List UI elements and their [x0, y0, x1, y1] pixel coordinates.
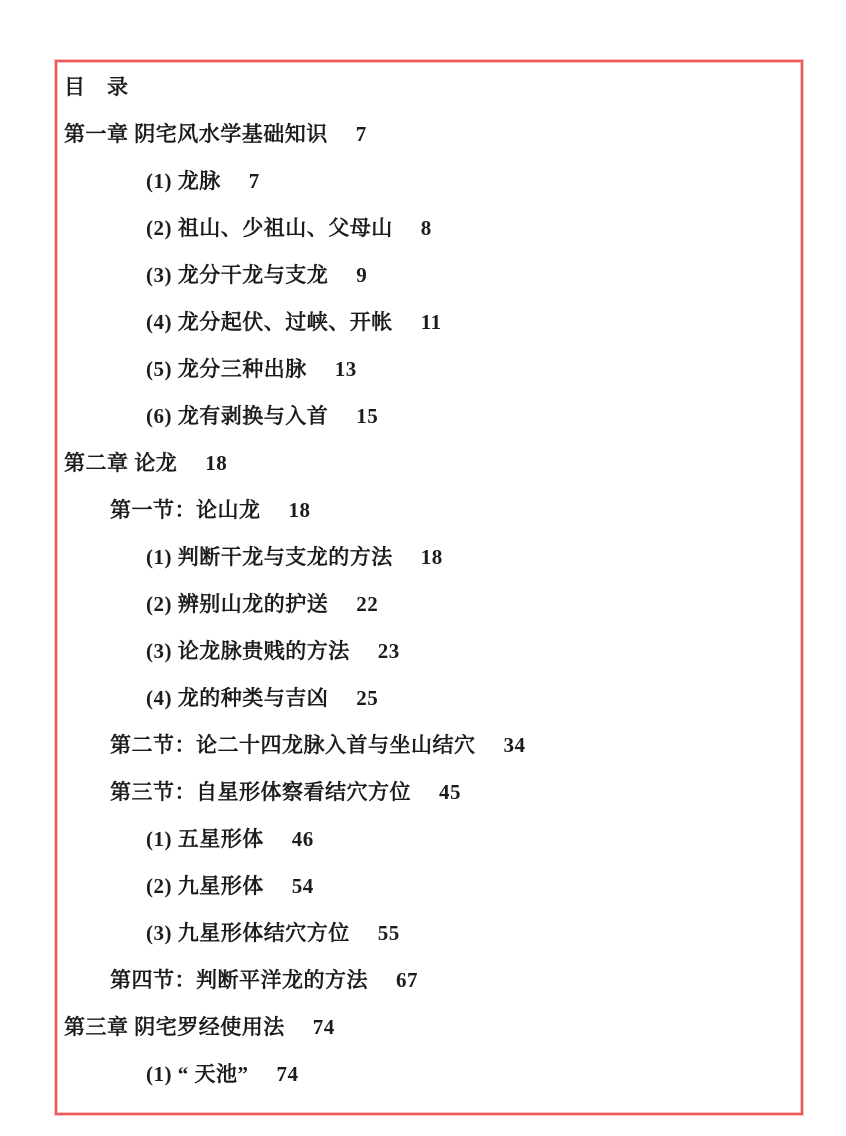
toc-entry-label: (1) 五星形体: [146, 816, 264, 863]
toc-page-number: 74: [313, 1004, 335, 1051]
toc-entry-label: (2) 辨别山龙的护送: [146, 581, 328, 628]
toc-entry-label: (3) 龙分干龙与支龙: [146, 252, 328, 299]
toc-page-number: 7: [249, 158, 260, 205]
toc-entry-label: (6) 龙有剥换与入首: [146, 393, 328, 440]
toc-entry-item: (1) 龙脉 7: [64, 158, 793, 205]
toc-entry-label: (4) 龙的种类与吉凶: [146, 675, 328, 722]
toc-list: 第一章 阴宅风水学基础知识 7 (1) 龙脉 7 (2) 祖山、少祖山、父母山 …: [64, 111, 793, 1098]
toc-entry-label: (1) 判断干龙与支龙的方法: [146, 534, 393, 581]
toc-entry-label: (3) 九星形体结穴方位: [146, 910, 350, 957]
toc-entry-label: (4) 龙分起伏、过峡、开帐: [146, 299, 393, 346]
toc-page-number: 13: [335, 346, 357, 393]
toc-page-number: 9: [356, 252, 367, 299]
toc-title: 目 录: [64, 64, 793, 111]
toc-page-number: 45: [439, 769, 461, 816]
toc-page-number: 18: [205, 440, 227, 487]
toc-page-number: 22: [356, 581, 378, 628]
toc-entry-label: (5) 龙分三种出脉: [146, 346, 307, 393]
toc-entry-chapter: 第三章 阴宅罗经使用法 74: [64, 1004, 793, 1051]
toc-entry-section: 第四节：判断平洋龙的方法 67: [64, 957, 793, 1004]
toc-entry-label: 第一节：论山龙: [110, 487, 261, 534]
toc-entry-label: 第四节：判断平洋龙的方法: [110, 957, 368, 1004]
toc-page-number: 74: [277, 1051, 299, 1098]
toc-entry-label: (2) 祖山、少祖山、父母山: [146, 205, 393, 252]
toc-entry-section: 第一节：论山龙 18: [64, 487, 793, 534]
toc-entry-label: 第三章 阴宅罗经使用法: [64, 1004, 285, 1051]
toc-page-number: 54: [292, 863, 314, 910]
toc-page-number: 7: [356, 111, 367, 158]
toc-entry-item: (2) 祖山、少祖山、父母山 8: [64, 205, 793, 252]
toc-page-number: 55: [378, 910, 400, 957]
toc-entry-label: 第二章 论龙: [64, 440, 177, 487]
toc-title-text: 目 录: [64, 64, 129, 111]
toc-entry-item: (1) 五星形体 46: [64, 816, 793, 863]
toc-page-number: 23: [378, 628, 400, 675]
toc-entry-chapter: 第二章 论龙 18: [64, 440, 793, 487]
toc-entry-label: 第二节：论二十四龙脉入首与坐山结穴: [110, 722, 476, 769]
toc-entry-item: (4) 龙的种类与吉凶 25: [64, 675, 793, 722]
toc-page-number: 34: [504, 722, 526, 769]
toc-entry-chapter: 第一章 阴宅风水学基础知识 7: [64, 111, 793, 158]
toc-entry-item: (1) “ 天池” 74: [64, 1051, 793, 1098]
toc-entry-section: 第三节：自星形体察看结穴方位 45: [64, 769, 793, 816]
toc-entry-section: 第二节：论二十四龙脉入首与坐山结穴 34: [64, 722, 793, 769]
toc-entry-label: (2) 九星形体: [146, 863, 264, 910]
toc-entry-item: (3) 龙分干龙与支龙 9: [64, 252, 793, 299]
toc-page-number: 11: [421, 299, 442, 346]
toc-entry-item: (4) 龙分起伏、过峡、开帐 11: [64, 299, 793, 346]
toc-entry-item: (2) 辨别山龙的护送 22: [64, 581, 793, 628]
toc-page-number: 18: [421, 534, 443, 581]
toc-entry-item: (2) 九星形体 54: [64, 863, 793, 910]
toc-page-number: 46: [292, 816, 314, 863]
toc-entry-item: (5) 龙分三种出脉 13: [64, 346, 793, 393]
toc-entry-label: (1) “ 天池”: [146, 1051, 249, 1098]
toc-page-number: 15: [356, 393, 378, 440]
toc-page-number: 18: [289, 487, 311, 534]
document-page: 目 录 第一章 阴宅风水学基础知识 7 (1) 龙脉 7 (2) 祖山、少祖山、…: [0, 0, 846, 1136]
page-border-box: 目 录 第一章 阴宅风水学基础知识 7 (1) 龙脉 7 (2) 祖山、少祖山、…: [55, 60, 803, 1115]
toc-page-number: 25: [356, 675, 378, 722]
toc-entry-item: (3) 九星形体结穴方位 55: [64, 910, 793, 957]
toc-entry-label: 第三节：自星形体察看结穴方位: [110, 769, 411, 816]
toc-entry-item: (6) 龙有剥换与入首 15: [64, 393, 793, 440]
toc-entry-label: (3) 论龙脉贵贱的方法: [146, 628, 350, 675]
toc-entry-label: (1) 龙脉: [146, 158, 221, 205]
toc-entry-item: (3) 论龙脉贵贱的方法 23: [64, 628, 793, 675]
toc-entry-label: 第一章 阴宅风水学基础知识: [64, 111, 328, 158]
toc-entry-item: (1) 判断干龙与支龙的方法 18: [64, 534, 793, 581]
toc-page-number: 67: [396, 957, 418, 1004]
toc-page-number: 8: [421, 205, 432, 252]
